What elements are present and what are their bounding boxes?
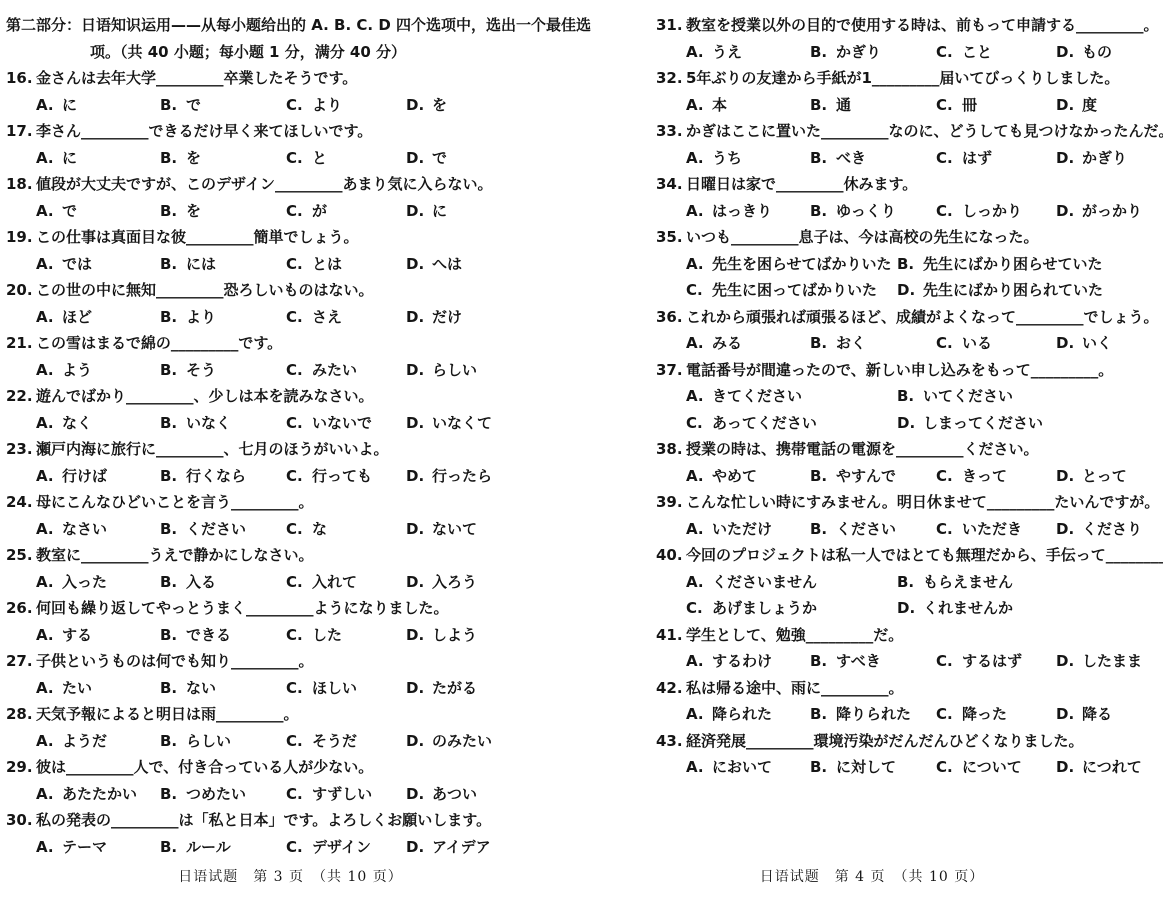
option-text: 入った xyxy=(62,573,107,591)
option-text: 先生に困ってばかりいた xyxy=(712,281,877,299)
option-text: ない xyxy=(186,679,216,697)
option-text: するわけ xyxy=(712,652,772,670)
question-stem-line: 28.天気予報によると明日は雨_________。 xyxy=(6,701,581,728)
option-item: C.より xyxy=(286,92,406,119)
option-item: D.だけ xyxy=(406,304,581,331)
option-text: で xyxy=(432,149,447,167)
option-label: B. xyxy=(810,516,836,543)
option-label: D. xyxy=(406,92,432,119)
option-item: D.で xyxy=(406,145,581,172)
option-text: ようだ xyxy=(62,732,107,750)
option-item: B.かぎり xyxy=(810,39,936,66)
option-text: いてください xyxy=(923,387,1013,405)
question-item: 37.電話番号が間違ったので、新しい申し込みをもって_________。 A.き… xyxy=(656,357,1163,437)
option-label: C. xyxy=(286,92,312,119)
question-stem: こんな忙しい時にすみません。明日休ませて_________たいんですが。 xyxy=(686,489,1163,516)
option-item: A.行けば xyxy=(36,463,160,490)
question-item: 18.値段が大丈夫ですが、このデザイン_________あまり気に入らない。 A… xyxy=(6,171,581,224)
option-item: D.もの xyxy=(1056,39,1163,66)
question-item: 39.こんな忙しい時にすみません。明日休ませて_________たいんですが。 … xyxy=(656,489,1163,542)
question-stem: 遊んでばかり_________、少しは本を読みなさい。 xyxy=(36,383,581,410)
option-row: A.するB.できるC.したD.しよう xyxy=(36,622,581,649)
option-label: A. xyxy=(686,569,712,596)
option-label: A. xyxy=(686,516,712,543)
option-text: な xyxy=(312,520,327,538)
option-row: A.きてくださいB.いてくださいC.あってくださいD.しまってください xyxy=(686,383,1163,436)
question-number: 23. xyxy=(6,436,36,463)
option-item: D.いなくて xyxy=(406,410,581,437)
option-text: やすんで xyxy=(836,467,896,485)
question-stem: これから頑張れば頑張るほど、成績がよくなって_________でしょう。 xyxy=(686,304,1163,331)
option-row: A.みるB.おくC.いるD.いく xyxy=(686,330,1163,357)
option-item: B.いてください xyxy=(897,383,1163,410)
option-text: 入る xyxy=(186,573,216,591)
option-label: B. xyxy=(810,330,836,357)
question-number: 38. xyxy=(656,436,686,463)
option-text: だけ xyxy=(432,308,462,326)
option-text: いく xyxy=(1082,334,1112,352)
option-label: B. xyxy=(810,92,836,119)
option-item: B.ゆっくり xyxy=(810,198,936,225)
option-text: で xyxy=(186,96,201,114)
question-stem: この世の中に無知_________恐ろしいものはない。 xyxy=(36,277,581,304)
option-label: B. xyxy=(897,251,923,278)
option-text: を xyxy=(186,202,201,220)
question-number: 33. xyxy=(656,118,686,145)
question-stem: 母にこんなひどいことを言う_________。 xyxy=(36,489,581,516)
option-label: A. xyxy=(686,145,712,172)
option-label: D. xyxy=(897,595,923,622)
option-item: A.みる xyxy=(686,330,810,357)
option-text: につれて xyxy=(1082,758,1142,776)
option-text: 降りられた xyxy=(836,705,911,723)
option-label: B. xyxy=(160,675,186,702)
option-item: C.について xyxy=(936,754,1056,781)
option-text: くれませんか xyxy=(923,599,1013,617)
option-item: D.いく xyxy=(1056,330,1163,357)
option-item: A.に xyxy=(36,92,160,119)
option-text: するはず xyxy=(962,652,1022,670)
option-label: B. xyxy=(160,516,186,543)
option-item: C.みたい xyxy=(286,357,406,384)
option-text: あたたかい xyxy=(62,785,137,803)
option-label: A. xyxy=(686,39,712,66)
question-item: 20.この世の中に無知_________恐ろしいものはない。 A.ほどB.よりC… xyxy=(6,277,581,330)
option-label: C. xyxy=(286,516,312,543)
question-number: 42. xyxy=(656,675,686,702)
option-text: 行っても xyxy=(312,467,372,485)
question-stem-line: 27.子供というものは何でも知り_________。 xyxy=(6,648,581,675)
option-item: A.において xyxy=(686,754,810,781)
option-text: なく xyxy=(62,414,92,432)
option-text: デザイン xyxy=(312,838,371,856)
question-number: 25. xyxy=(6,542,36,569)
option-text: より xyxy=(312,96,342,114)
question-number: 40. xyxy=(656,542,686,569)
option-text: に xyxy=(62,96,77,114)
question-number: 17. xyxy=(6,118,36,145)
option-row: A.くださいませんB.もらえませんC.あげましょうかD.くれませんか xyxy=(686,569,1163,622)
question-item: 43.経済発展_________環境汚染がだんだんひどくなりました。 A.におい… xyxy=(656,728,1163,781)
option-label: B. xyxy=(160,569,186,596)
option-text: きてください xyxy=(712,387,802,405)
option-row: A.なさいB.くださいC.なD.ないて xyxy=(36,516,581,543)
option-text: そうだ xyxy=(312,732,357,750)
option-row: A.本B.通C.冊D.度 xyxy=(686,92,1163,119)
option-text: 先生にばかり困られていた xyxy=(923,281,1103,299)
option-label: D. xyxy=(406,834,432,861)
option-text: いないで xyxy=(312,414,372,432)
option-label: D. xyxy=(1056,145,1082,172)
question-item: 32.5年ぶりの友達から手紙が1_________届いてびっくりしました。 A.… xyxy=(656,65,1163,118)
option-label: C. xyxy=(686,595,712,622)
option-label: C. xyxy=(936,198,962,225)
option-item: B.を xyxy=(160,198,286,225)
question-stem: 私の発表の_________は「私と日本」です。よろしくお願いします。 xyxy=(36,807,581,834)
question-number: 41. xyxy=(656,622,686,649)
option-item: B.入る xyxy=(160,569,286,596)
option-item: A.する xyxy=(36,622,160,649)
question-stem: 日曜日は家で_________休みます。 xyxy=(686,171,1163,198)
option-text: なさい xyxy=(62,520,107,538)
option-item: A.きてください xyxy=(686,383,897,410)
option-item: C.とは xyxy=(286,251,406,278)
option-label: B. xyxy=(810,701,836,728)
option-text: べき xyxy=(836,149,866,167)
option-item: D.しまってください xyxy=(897,410,1163,437)
option-text: 行けば xyxy=(62,467,107,485)
option-item: A.で xyxy=(36,198,160,225)
question-stem-line: 17.李さん_________できるだけ早く来てほしいです。 xyxy=(6,118,581,145)
option-row: A.ようだB.らしいC.そうだD.のみたい xyxy=(36,728,581,755)
option-item: A.やめて xyxy=(686,463,810,490)
option-text: を xyxy=(186,149,201,167)
question-stem: 天気予報によると明日は雨_________。 xyxy=(36,701,581,728)
option-item: D.を xyxy=(406,92,581,119)
question-number: 21. xyxy=(6,330,36,357)
option-label: B. xyxy=(160,728,186,755)
option-text: はず xyxy=(962,149,992,167)
option-label: D. xyxy=(1056,754,1082,781)
option-row: A.入ったB.入るC.入れてD.入ろう xyxy=(36,569,581,596)
option-item: B.先生にばかり困らせていた xyxy=(897,251,1163,278)
question-item: 23.瀬戸内海に旅行に_________、七月のほうがいいよ。 A.行けばB.行… xyxy=(6,436,581,489)
question-stem: 学生として、勉強_________だ。 xyxy=(686,622,1163,649)
option-item: B.やすんで xyxy=(810,463,936,490)
option-text: しまってください xyxy=(923,414,1043,432)
option-item: A.ほど xyxy=(36,304,160,331)
question-number: 28. xyxy=(6,701,36,728)
option-label: C. xyxy=(936,463,962,490)
question-item: 31.教室を授業以外の目的で使用する時は、前もって申請する_________。 … xyxy=(656,12,1163,65)
option-item: D.あつい xyxy=(406,781,581,808)
option-item: C.な xyxy=(286,516,406,543)
option-item: D.くださり xyxy=(1056,516,1163,543)
option-label: B. xyxy=(160,781,186,808)
option-label: B. xyxy=(810,463,836,490)
option-item: A.本 xyxy=(686,92,810,119)
option-row: A.でB.をC.がD.に xyxy=(36,198,581,225)
option-text: やめて xyxy=(712,467,757,485)
option-label: A. xyxy=(36,834,62,861)
section-header-line1: 第二部分：日语知识运用——从每小题给出的 A. B. C. D 四个选项中，选出… xyxy=(6,12,581,39)
option-item: D.降る xyxy=(1056,701,1163,728)
option-label: D. xyxy=(406,516,432,543)
option-item: A.では xyxy=(36,251,160,278)
option-label: D. xyxy=(406,728,432,755)
question-item: 24.母にこんなひどいことを言う_________。 A.なさいB.くださいC.… xyxy=(6,489,581,542)
option-row: A.やめてB.やすんでC.きってD.とって xyxy=(686,463,1163,490)
option-label: C. xyxy=(286,357,312,384)
option-row: A.においてB.に対してC.についてD.につれて xyxy=(686,754,1163,781)
question-stem: 経済発展_________環境汚染がだんだんひどくなりました。 xyxy=(686,728,1163,755)
option-text: みる xyxy=(712,334,742,352)
option-item: C.行っても xyxy=(286,463,406,490)
option-text: いなくて xyxy=(432,414,492,432)
question-stem-line: 36.これから頑張れば頑張るほど、成績がよくなって_________でしょう。 xyxy=(656,304,1163,331)
question-stem: この雪はまるで綿の_________です。 xyxy=(36,330,581,357)
question-number: 18. xyxy=(6,171,36,198)
option-item: B.ください xyxy=(160,516,286,543)
option-label: D. xyxy=(406,198,432,225)
question-stem-line: 40.今回のプロジェクトは私一人ではとても無理だから、手伝って_________ xyxy=(656,542,1163,569)
option-text: いる xyxy=(962,334,992,352)
option-label: A. xyxy=(686,463,712,490)
option-item: A.ようだ xyxy=(36,728,160,755)
option-label: A. xyxy=(686,383,712,410)
option-label: D. xyxy=(406,357,432,384)
option-item: B.つめたい xyxy=(160,781,286,808)
option-item: C.あってください xyxy=(686,410,897,437)
option-label: C. xyxy=(936,330,962,357)
option-label: D. xyxy=(897,277,923,304)
column-right: 31.教室を授業以外の目的で使用する時は、前もって申請する_________。 … xyxy=(581,0,1163,900)
option-text: ほど xyxy=(62,308,92,326)
option-item: D.へは xyxy=(406,251,581,278)
option-label: C. xyxy=(286,781,312,808)
option-item: C.するはず xyxy=(936,648,1056,675)
option-label: B. xyxy=(160,834,186,861)
option-text: には xyxy=(186,255,216,273)
option-text: かぎり xyxy=(1082,149,1127,167)
option-text: と xyxy=(312,149,327,167)
option-text: ルール xyxy=(186,838,231,856)
question-stem-line: 43.経済発展_________環境汚染がだんだんひどくなりました。 xyxy=(656,728,1163,755)
option-row: A.ほどB.よりC.さえD.だけ xyxy=(36,304,581,331)
option-item: B.ない xyxy=(160,675,286,702)
question-stem-line: 26.何回も繰り返してやっとうまく_________ようになりました。 xyxy=(6,595,581,622)
option-label: A. xyxy=(686,198,712,225)
option-text: で xyxy=(62,202,77,220)
option-item: A.入った xyxy=(36,569,160,596)
option-row: A.いただけB.くださいC.いただきD.くださり xyxy=(686,516,1163,543)
question-number: 32. xyxy=(656,65,686,92)
option-item: B.すべき xyxy=(810,648,936,675)
option-text: きって xyxy=(962,467,1007,485)
option-item: C.いただき xyxy=(936,516,1056,543)
option-text: 本 xyxy=(712,96,727,114)
option-label: B. xyxy=(160,198,186,225)
question-stem: 値段が大丈夫ですが、このデザイン_________あまり気に入らない。 xyxy=(36,171,581,198)
option-text: さえ xyxy=(312,308,342,326)
option-text: 先生にばかり困らせていた xyxy=(923,255,1103,273)
question-item: 34.日曜日は家で_________休みます。 A.はっきりB.ゆっくりC.しっ… xyxy=(656,171,1163,224)
option-text: アイデア xyxy=(432,838,491,856)
question-stem: 5年ぶりの友達から手紙が1_________届いてびっくりしました。 xyxy=(686,65,1163,92)
option-label: A. xyxy=(686,754,712,781)
page-footer-right: 日语试题 第 4 页 （共 10 页） xyxy=(581,866,1163,886)
question-item: 21.この雪はまるで綿の_________です。 A.ようB.そうC.みたいD.… xyxy=(6,330,581,383)
question-number: 22. xyxy=(6,383,36,410)
question-number: 24. xyxy=(6,489,36,516)
option-label: B. xyxy=(810,198,836,225)
option-text: について xyxy=(962,758,1022,776)
option-text: 行ったら xyxy=(432,467,492,485)
question-list-right: 31.教室を授業以外の目的で使用する時は、前もって申請する_________。 … xyxy=(656,12,1163,781)
question-item: 16.金さんは去年大学_________卒業したそうです。 A.にB.でC.より… xyxy=(6,65,581,118)
option-label: D. xyxy=(1056,198,1082,225)
option-label: C. xyxy=(936,516,962,543)
option-row: A.ではB.にはC.とはD.へは xyxy=(36,251,581,278)
option-label: A. xyxy=(686,251,712,278)
option-text: いただけ xyxy=(712,520,772,538)
question-stem-line: 37.電話番号が間違ったので、新しい申し込みをもって_________。 xyxy=(656,357,1163,384)
option-item: C.ほしい xyxy=(286,675,406,702)
option-text: とは xyxy=(312,255,342,273)
option-row: A.たいB.ないC.ほしいD.たがる xyxy=(36,675,581,702)
option-text: に xyxy=(432,202,447,220)
question-stem: 電話番号が間違ったので、新しい申し込みをもって_________。 xyxy=(686,357,1163,384)
option-label: D. xyxy=(897,410,923,437)
option-text: あってください xyxy=(712,414,817,432)
option-text: する xyxy=(62,626,92,644)
column-left: 第二部分：日语知识运用——从每小题给出的 A. B. C. D 四个选项中，选出… xyxy=(0,0,581,900)
question-stem: 彼は_________人で、付き合っている人が少ない。 xyxy=(36,754,581,781)
question-stem: 授業の時は、携帯電話の電源を_________ください。 xyxy=(686,436,1163,463)
option-item: C.入れて xyxy=(286,569,406,596)
option-text: よう xyxy=(62,361,92,379)
question-stem-line: 23.瀬戸内海に旅行に_________、七月のほうがいいよ。 xyxy=(6,436,581,463)
option-text: テーマ xyxy=(62,838,107,856)
option-text: 行くなら xyxy=(186,467,246,485)
question-number: 20. xyxy=(6,277,36,304)
option-text: のみたい xyxy=(432,732,492,750)
option-item: A.よう xyxy=(36,357,160,384)
question-item: 41.学生として、勉強_________だ。 A.するわけB.すべきC.するはず… xyxy=(656,622,1163,675)
option-item: C.あげましょうか xyxy=(686,595,897,622)
option-text: もの xyxy=(1082,43,1112,61)
option-item: A.先生を困らせてばかりいた xyxy=(686,251,897,278)
option-label: A. xyxy=(36,622,62,649)
question-stem-line: 20.この世の中に無知_________恐ろしいものはない。 xyxy=(6,277,581,304)
option-label: D. xyxy=(406,251,432,278)
question-number: 27. xyxy=(6,648,36,675)
option-label: C. xyxy=(286,304,312,331)
question-stem-line: 18.値段が大丈夫ですが、このデザイン_________あまり気に入らない。 xyxy=(6,171,581,198)
option-label: B. xyxy=(897,383,923,410)
option-label: C. xyxy=(936,701,962,728)
option-item: C.デザイン xyxy=(286,834,406,861)
option-row: A.ようB.そうC.みたいD.らしい xyxy=(36,357,581,384)
option-item: D.入ろう xyxy=(406,569,581,596)
question-number: 34. xyxy=(656,171,686,198)
option-item: C.きって xyxy=(936,463,1056,490)
option-label: D. xyxy=(406,569,432,596)
option-item: A.うち xyxy=(686,145,810,172)
option-label: B. xyxy=(160,357,186,384)
question-stem: 何回も繰り返してやっとうまく_________ようになりました。 xyxy=(36,595,581,622)
option-text: らしい xyxy=(186,732,231,750)
option-label: C. xyxy=(286,675,312,702)
question-item: 40.今回のプロジェクトは私一人ではとても無理だから、手伝って_________… xyxy=(656,542,1163,622)
question-stem-line: 24.母にこんなひどいことを言う_________。 xyxy=(6,489,581,516)
option-label: A. xyxy=(36,463,62,490)
option-text: を xyxy=(432,96,447,114)
option-text: はっきり xyxy=(712,202,772,220)
option-label: C. xyxy=(286,410,312,437)
option-item: D.たがる xyxy=(406,675,581,702)
question-stem-line: 25.教室に_________うえで静かにしなさい。 xyxy=(6,542,581,569)
option-item: D.とって xyxy=(1056,463,1163,490)
option-label: A. xyxy=(36,569,62,596)
question-stem-line: 35.いつも_________息子は、今は高校の先生になった。 xyxy=(656,224,1163,251)
option-item: A.くださいません xyxy=(686,569,897,596)
option-text: いただき xyxy=(962,520,1022,538)
question-stem-line: 16.金さんは去年大学_________卒業したそうです。 xyxy=(6,65,581,92)
option-item: D.先生にばかり困られていた xyxy=(897,277,1163,304)
option-label: C. xyxy=(936,648,962,675)
option-item: C.が xyxy=(286,198,406,225)
option-item: A.なく xyxy=(36,410,160,437)
option-row: A.テーマB.ルールC.デザインD.アイデア xyxy=(36,834,581,861)
option-item: D.ないて xyxy=(406,516,581,543)
option-text: がっかり xyxy=(1082,202,1142,220)
page-footer-left: 日语试题 第 3 页 （共 10 页） xyxy=(0,866,581,886)
option-item: B.できる xyxy=(160,622,286,649)
option-label: B. xyxy=(160,304,186,331)
option-item: B.もらえません xyxy=(897,569,1163,596)
option-row: A.うえB.かぎりC.ことD.もの xyxy=(686,39,1163,66)
question-number: 43. xyxy=(656,728,686,755)
option-label: C. xyxy=(286,251,312,278)
question-stem: 金さんは去年大学_________卒業したそうです。 xyxy=(36,65,581,92)
option-item: B.ください xyxy=(810,516,936,543)
option-row: A.先生を困らせてばかりいたB.先生にばかり困らせていたC.先生に困ってばかりい… xyxy=(686,251,1163,304)
option-item: C.いる xyxy=(936,330,1056,357)
option-label: A. xyxy=(36,304,62,331)
option-item: D.したまま xyxy=(1056,648,1163,675)
option-label: B. xyxy=(160,622,186,649)
option-label: D. xyxy=(1056,330,1082,357)
option-label: D. xyxy=(406,410,432,437)
question-number: 37. xyxy=(656,357,686,384)
option-item: D.のみたい xyxy=(406,728,581,755)
option-label: A. xyxy=(686,92,712,119)
option-label: D. xyxy=(406,781,432,808)
option-item: D.度 xyxy=(1056,92,1163,119)
option-label: B. xyxy=(810,648,836,675)
exam-page: 第二部分：日语知识运用——从每小题给出的 A. B. C. D 四个选项中，选出… xyxy=(0,0,1163,900)
option-label: B. xyxy=(160,410,186,437)
question-item: 35.いつも_________息子は、今は高校の先生になった。 A.先生を困らせ… xyxy=(656,224,1163,304)
option-row: A.にB.をC.とD.で xyxy=(36,145,581,172)
option-row: A.にB.でC.よりD.を xyxy=(36,92,581,119)
question-stem-line: 38.授業の時は、携帯電話の電源を_________ください。 xyxy=(656,436,1163,463)
option-label: D. xyxy=(406,304,432,331)
question-stem-line: 39.こんな忙しい時にすみません。明日休ませて_________たいんですが。 xyxy=(656,489,1163,516)
question-number: 36. xyxy=(656,304,686,331)
option-label: B. xyxy=(160,463,186,490)
